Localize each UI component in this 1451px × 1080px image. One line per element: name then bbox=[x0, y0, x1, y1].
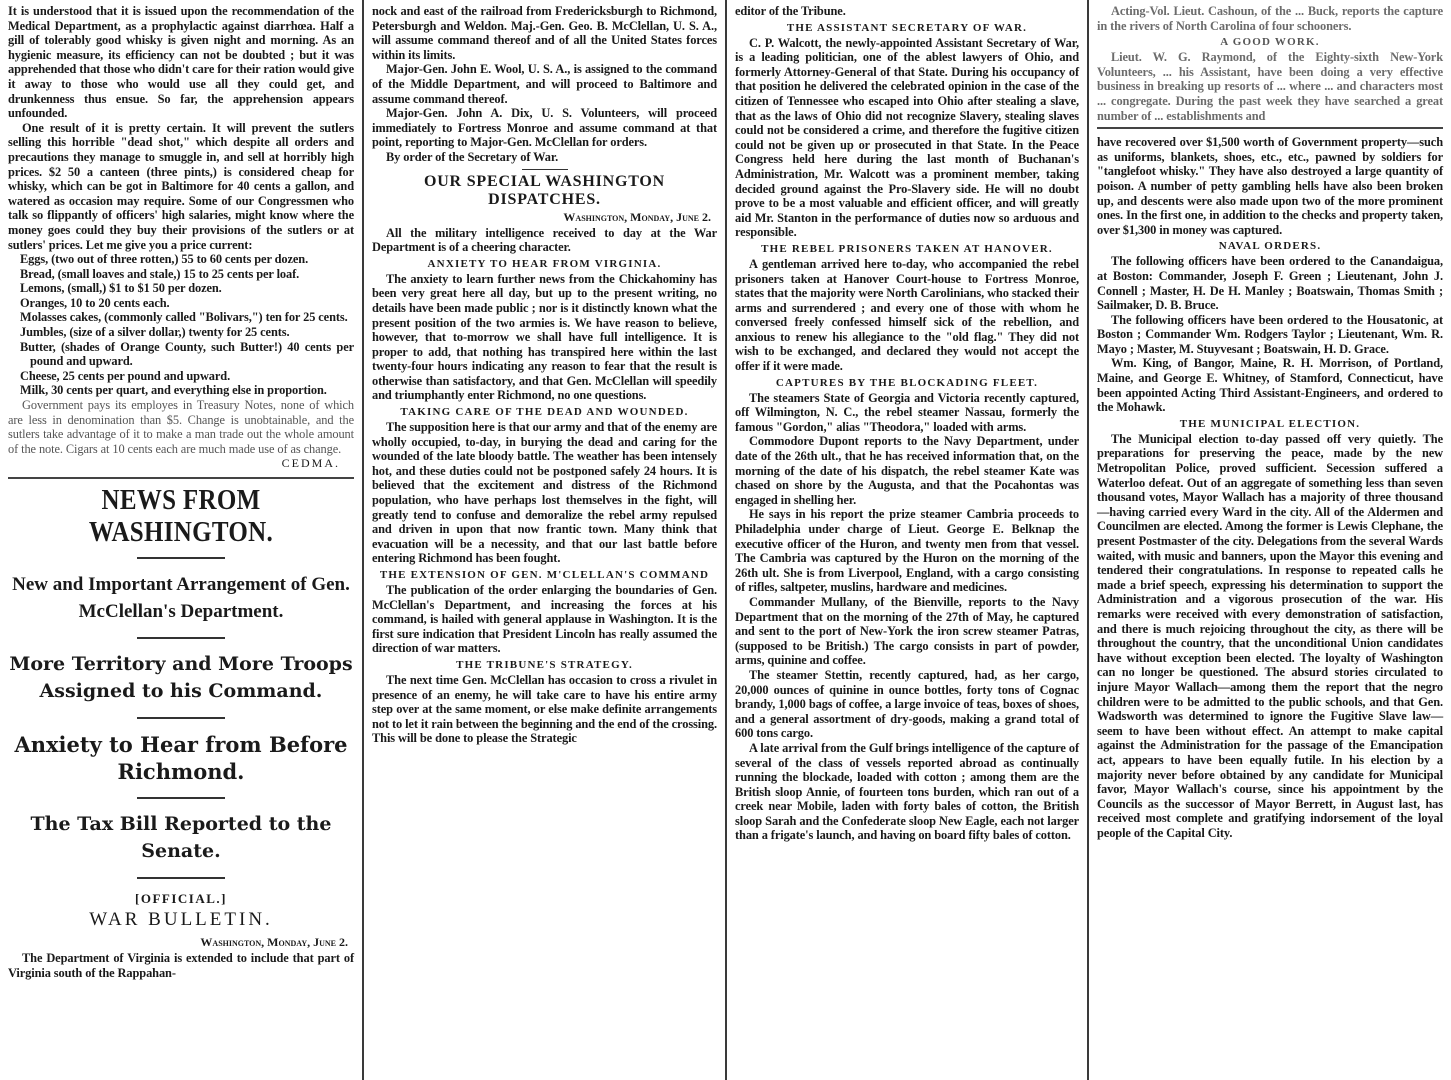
subheading: A GOOD WORK. bbox=[1097, 36, 1443, 48]
price-item: Molasses cakes, (commonly called "Boliva… bbox=[8, 310, 354, 325]
price-item: Eggs, (two out of three rotten,) 55 to 6… bbox=[8, 252, 354, 267]
headline-deck: More Territory and More Troops Assigned … bbox=[8, 651, 354, 705]
price-item: Butter, (shades of Orange County, such B… bbox=[8, 340, 354, 369]
headline-rule bbox=[137, 557, 225, 559]
price-item: Bread, (small loaves and stale,) 15 to 2… bbox=[8, 267, 354, 282]
section-divider bbox=[1097, 127, 1443, 129]
subheading: ANXIETY TO HEAR FROM VIRGINIA. bbox=[372, 258, 717, 270]
headline-deck: The Tax Bill Reported to the Senate. bbox=[8, 811, 354, 865]
article-paragraph: The anxiety to learn further news from t… bbox=[372, 272, 717, 403]
headline-rule bbox=[137, 797, 225, 799]
headline-rule bbox=[137, 877, 225, 879]
price-list: Eggs, (two out of three rotten,) 55 to 6… bbox=[8, 252, 354, 398]
article-paragraph: The following officers have been ordered… bbox=[1097, 313, 1443, 357]
article-paragraph: The next time Gen. McClellan has occasio… bbox=[372, 673, 717, 746]
article-paragraph: C. P. Walcott, the newly-appointed Assis… bbox=[735, 36, 1079, 240]
column-2: nock and east of the railroad from Frede… bbox=[362, 0, 725, 1080]
subheading: THE EXTENSION OF GEN. M'CLELLAN'S COMMAN… bbox=[372, 569, 717, 581]
article-paragraph: The Municipal election to-day passed off… bbox=[1097, 432, 1443, 841]
subheading: TAKING CARE OF THE DEAD AND WOUNDED. bbox=[372, 406, 717, 418]
article-paragraph: The following officers have been ordered… bbox=[1097, 254, 1443, 312]
column-3: editor of the Tribune. THE ASSISTANT SEC… bbox=[725, 0, 1087, 1080]
article-paragraph: have recovered over $1,500 worth of Gove… bbox=[1097, 135, 1443, 237]
column-4: Acting-Vol. Lieut. Cashoun, of the ... B… bbox=[1087, 0, 1451, 1080]
section-divider bbox=[8, 477, 354, 479]
article-paragraph: Major-Gen. John E. Wool, U. S. A., is as… bbox=[372, 62, 717, 106]
subheading: THE MUNICIPAL ELECTION. bbox=[1097, 418, 1443, 430]
article-paragraph: The Department of Virginia is extended t… bbox=[8, 951, 354, 980]
article-paragraph: The steamers State of Georgia and Victor… bbox=[735, 391, 1079, 435]
dateline: Washington, Monday, June 2. bbox=[8, 935, 348, 950]
article-paragraph: The publication of the order enlarging t… bbox=[372, 583, 717, 656]
price-item: Lemons, (small,) $1 to $1 50 per dozen. bbox=[8, 281, 354, 296]
article-paragraph: Commander Mullany, of the Bienville, rep… bbox=[735, 595, 1079, 668]
article-paragraph: Government pays its employes in Treasury… bbox=[8, 398, 354, 456]
dateline: Washington, Monday, June 2. bbox=[372, 210, 711, 225]
article-paragraph: It is understood that it is issued upon … bbox=[8, 4, 354, 121]
price-item: Milk, 30 cents per quart, and everything… bbox=[8, 383, 354, 398]
article-paragraph: By order of the Secretary of War. bbox=[372, 150, 717, 165]
section-rule bbox=[522, 169, 568, 170]
article-paragraph: The supposition here is that our army an… bbox=[372, 420, 717, 566]
article-paragraph: Commodore Dupont reports to the Navy Dep… bbox=[735, 434, 1079, 507]
article-paragraph: The steamer Stettin, recently captured, … bbox=[735, 668, 1079, 741]
newspaper-page: It is understood that it is issued upon … bbox=[0, 0, 1451, 1080]
article-paragraph: A late arrival from the Gulf brings inte… bbox=[735, 741, 1079, 843]
faded-section: Acting-Vol. Lieut. Cashoun, of the ... B… bbox=[1097, 4, 1443, 123]
article-paragraph: Lieut. W. G. Raymond, of the Eighty-sixt… bbox=[1097, 50, 1443, 123]
article-paragraph: editor of the Tribune. bbox=[735, 4, 1079, 19]
article-paragraph: nock and east of the railroad from Frede… bbox=[372, 4, 717, 62]
price-item: Jumbles, (size of a silver dollar,) twen… bbox=[8, 325, 354, 340]
correspondent-signature: CEDMA. bbox=[8, 456, 340, 471]
headline-deck: Anxiety to Hear from Before Richmond. bbox=[8, 731, 354, 785]
article-paragraph: Wm. King, of Bangor, Maine, R. H. Morris… bbox=[1097, 356, 1443, 414]
subheading: THE REBEL PRISONERS TAKEN AT HANOVER. bbox=[735, 243, 1079, 255]
section-headline: OUR SPECIAL WASHINGTON DISPATCHES. bbox=[372, 173, 717, 209]
main-headline: NEWS FROM WASHINGTON. bbox=[8, 485, 354, 549]
headline-rule bbox=[137, 717, 225, 719]
article-paragraph: One result of it is pretty certain. It w… bbox=[8, 121, 354, 252]
bulletin-title: WAR BULLETIN. bbox=[8, 909, 354, 931]
article-paragraph: Acting-Vol. Lieut. Cashoun, of the ... B… bbox=[1097, 4, 1443, 33]
article-paragraph: He says in his report the prize steamer … bbox=[735, 507, 1079, 595]
price-item: Cheese, 25 cents per pound and upward. bbox=[8, 369, 354, 384]
article-paragraph: All the military intelligence received t… bbox=[372, 226, 717, 255]
subheading: CAPTURES BY THE BLOCKADING FLEET. bbox=[735, 377, 1079, 389]
headline-deck: New and Important Arrangement of Gen. Mc… bbox=[8, 571, 354, 625]
article-paragraph: Major-Gen. John A. Dix, U. S. Volunteers… bbox=[372, 106, 717, 150]
price-item: Oranges, 10 to 20 cents each. bbox=[8, 296, 354, 311]
column-1: It is understood that it is issued upon … bbox=[0, 0, 362, 1080]
headline-rule bbox=[137, 637, 225, 639]
article-paragraph: A gentleman arrived here to-day, who acc… bbox=[735, 257, 1079, 374]
subheading: THE TRIBUNE'S STRATEGY. bbox=[372, 659, 717, 671]
subheading: NAVAL ORDERS. bbox=[1097, 240, 1443, 252]
official-label: [OFFICIAL.] bbox=[8, 891, 354, 907]
subheading: THE ASSISTANT SECRETARY OF WAR. bbox=[735, 22, 1079, 34]
